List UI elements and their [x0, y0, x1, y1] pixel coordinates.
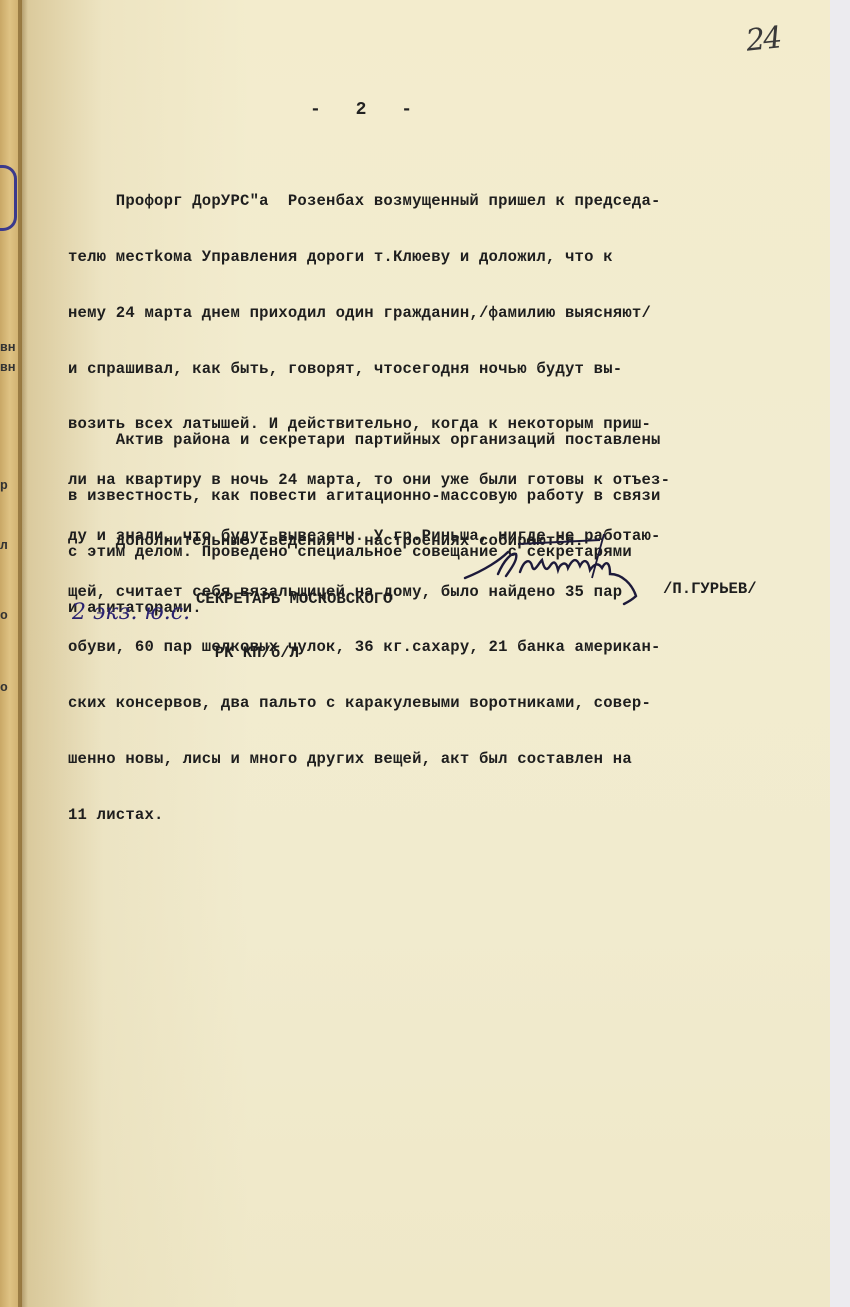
- binding-shadow: [18, 0, 28, 1307]
- margin-fragment: о: [0, 680, 20, 695]
- text-line: Дополнительные сведения о настроениях со…: [68, 532, 828, 551]
- margin-fragment: р: [0, 478, 20, 493]
- scan-background-edge: [830, 0, 850, 1307]
- page-number: - 2 -: [310, 100, 424, 120]
- margin-fragment: вн: [0, 360, 20, 375]
- margin-fragment: л: [0, 538, 20, 553]
- signatory-title: СЕКРЕТАРЬ МОСКОВСКОГО РК КП/б/Л: [196, 554, 393, 698]
- handwritten-annotation: 2 экз. ю.с.: [72, 600, 190, 625]
- text-line: нему 24 марта днем приходил один граждан…: [68, 304, 828, 323]
- paragraph-additional-info: Дополнительные сведения о настроениях со…: [68, 495, 828, 588]
- margin-fragment: о: [0, 608, 20, 623]
- text-line: шенно новы, лисы и много других вещей, а…: [68, 750, 828, 769]
- text-line: телю местkома Управления дороги т.Клюеву…: [68, 248, 828, 267]
- text-line: Актив района и секретари партийных орган…: [68, 431, 828, 450]
- text-line: Профорг ДорУРС"а Розенбах возмущенный пр…: [68, 192, 828, 211]
- signatory-title-line: РК КП/б/Л: [196, 644, 393, 662]
- signatory-name: /П.ГУРЬЕВ/: [663, 580, 757, 598]
- margin-fragment: вн: [0, 340, 20, 355]
- scanned-document: вн вн р л о о 24 - 2 - Профорг ДорУРС"а …: [0, 0, 850, 1307]
- text-line: и спрашивал, как быть, говорят, чтосегод…: [68, 360, 828, 379]
- text-line: 11 листах.: [68, 806, 828, 825]
- archive-sheet-number: 24: [744, 20, 782, 58]
- signatory-title-line: СЕКРЕТАРЬ МОСКОВСКОГО: [196, 590, 393, 608]
- text-line: ских консервов, два пальто с каракулевым…: [68, 694, 828, 713]
- margin-pen-mark: [0, 165, 17, 231]
- handwritten-signature-icon: [460, 530, 660, 610]
